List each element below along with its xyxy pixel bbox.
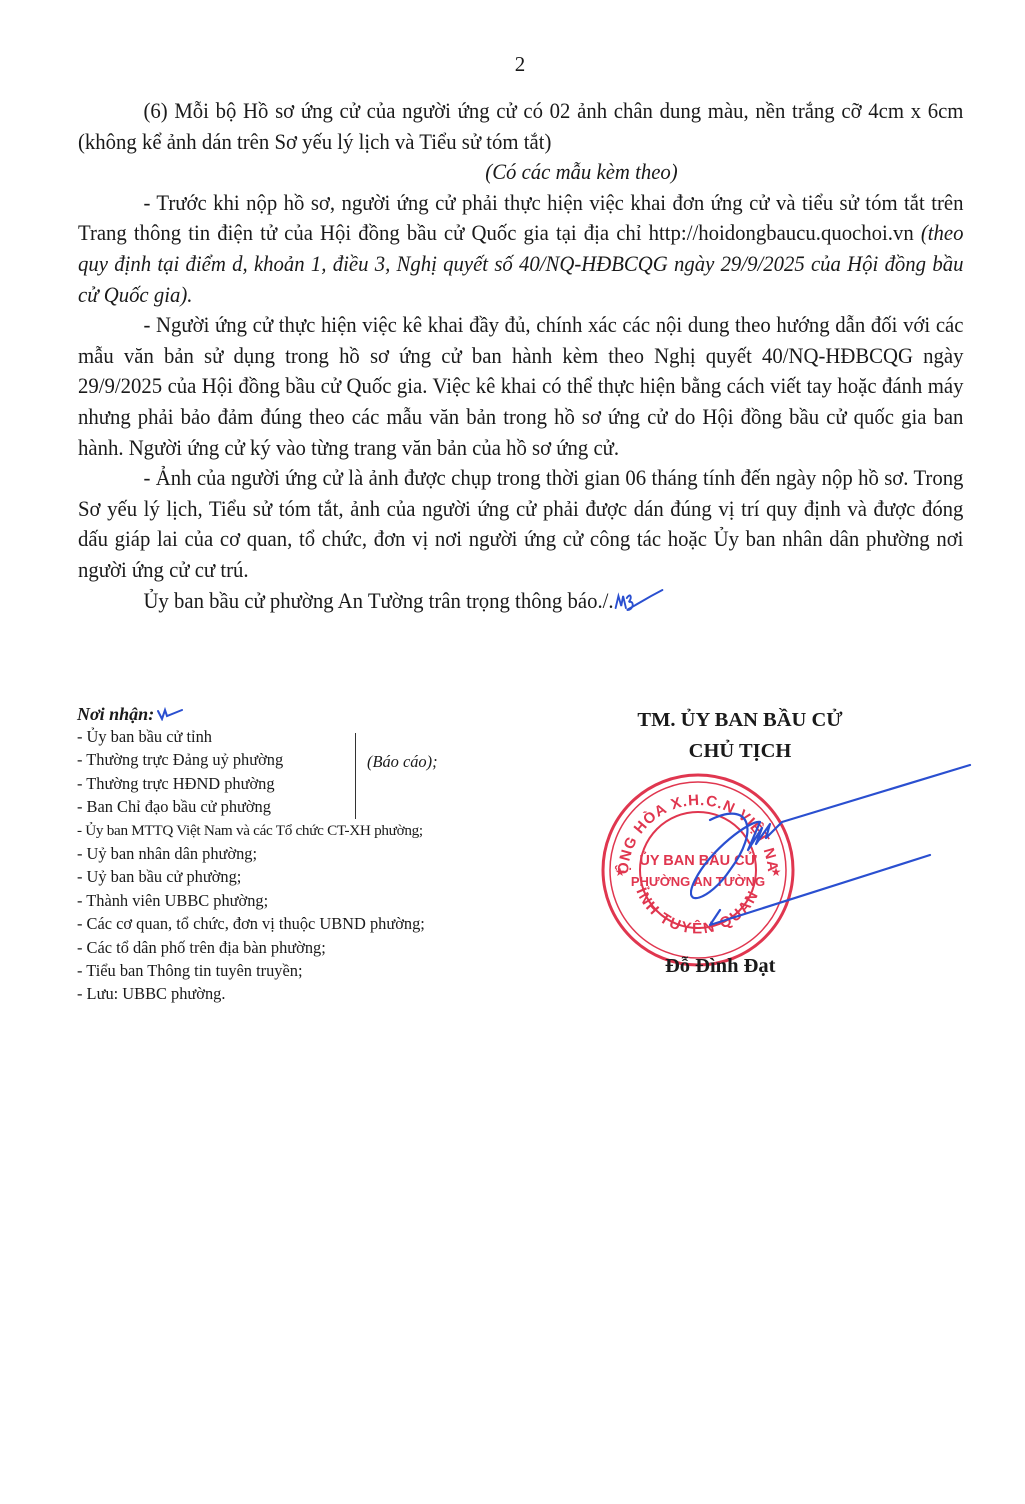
paragraph-photo-rules: - Ảnh của người ứng cử là ảnh được chụp … — [78, 463, 963, 585]
paragraph-portrait-photos: (6) Mỗi bộ Hồ sơ ứng cử của người ứng cử… — [78, 96, 963, 157]
recipient-item: - Thường trực HĐND phường — [77, 772, 547, 795]
recipient-item: - Thành viên UBBC phường; — [77, 889, 547, 912]
report-bracket-divider — [355, 733, 356, 819]
recipient-item: - Thường trực Đảng uỷ phường — [77, 748, 547, 771]
signature-title: TM. ỦY BAN BẦU CỬ — [590, 705, 890, 736]
recipient-item: - Các tổ dân phố trên địa bàn phường; — [77, 936, 547, 959]
recipient-item: - Lưu: UBBC phường. — [77, 982, 547, 1005]
svg-text:★: ★ — [615, 865, 626, 879]
recipient-item: - Tiểu ban Thông tin tuyên truyền; — [77, 959, 547, 982]
paragraph-declaration-rules: - Người ứng cử thực hiện việc kê khai đầ… — [78, 310, 963, 463]
notice-body: (6) Mỗi bộ Hồ sơ ứng cử của người ứng cử… — [78, 96, 963, 616]
closing-text: Ủy ban bầu cử phường An Tường trân trọng… — [143, 588, 613, 613]
recipient-item: - Các cơ quan, tổ chức, đơn vị thuộc UBN… — [77, 912, 547, 935]
attachments-note: (Có các mẫu kèm theo) — [78, 157, 963, 188]
recipient-item: - Ủy ban MTTQ Việt Nam và các Tổ chức CT… — [77, 819, 547, 842]
handwritten-signature-icon — [690, 760, 980, 940]
recipient-item: - Ban Chỉ đạo bầu cử phường — [77, 795, 547, 818]
recipient-item: - Ủy ban bầu cử tỉnh — [77, 725, 547, 748]
report-note: (Báo cáo); — [367, 750, 438, 773]
recipients-block: Nơi nhận: - Ủy ban bầu cử tỉnh - Thường … — [77, 703, 547, 1006]
signature-block: TM. ỦY BAN BẦU CỬ CHỦ TỊCH — [590, 705, 890, 767]
recipients-title-text: Nơi nhận: — [77, 703, 154, 725]
online-declaration-text: - Trước khi nộp hồ sơ, người ứng cử phải… — [78, 190, 963, 246]
page-number: 2 — [0, 52, 1025, 77]
recipient-item: - Uỷ ban bầu cử phường; — [77, 865, 547, 888]
handwritten-mark-icon — [156, 707, 184, 721]
report-recipients-group: - Ủy ban bầu cử tỉnh - Thường trực Đảng … — [77, 725, 547, 819]
paragraph-online-declaration: - Trước khi nộp hồ sơ, người ứng cử phải… — [78, 188, 963, 310]
recipients-title: Nơi nhận: — [77, 703, 547, 725]
handwritten-initial-icon — [614, 588, 665, 614]
closing-line: Ủy ban bầu cử phường An Tường trân trọng… — [78, 586, 963, 617]
recipient-item: - Uỷ ban nhân dân phường; — [77, 842, 547, 865]
signer-name: Đỗ Đình Đạt — [665, 955, 776, 978]
